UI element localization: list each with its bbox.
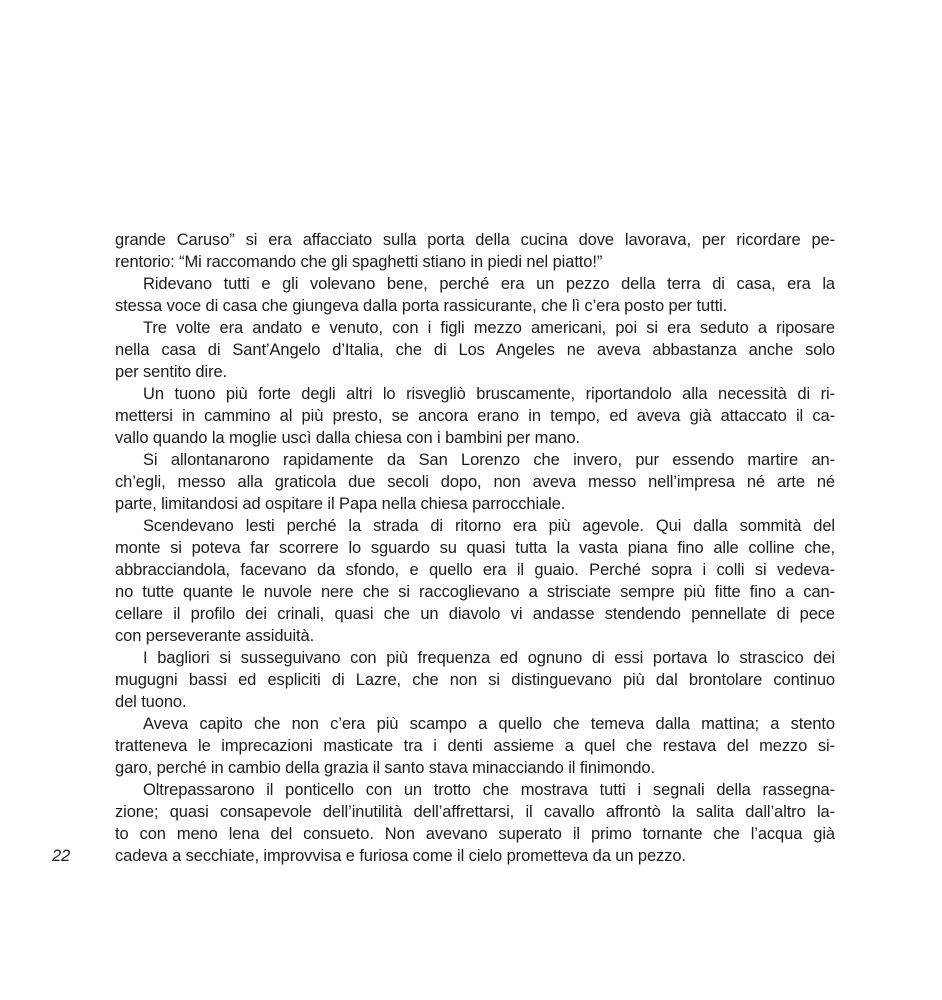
paragraph: Aveva capito che non c’era più scampo a … [115,713,835,779]
text-line: cellare il profilo dei crinali, quasi ch… [115,603,835,625]
text-line: garo, perché in cambio della grazia il s… [115,757,835,779]
text-line: Ridevano tutti e gli volevano bene, perc… [115,273,835,295]
text-line: cadeva a secchiate, improvvisa e furiosa… [115,845,835,867]
text-line: rentorio: “Mi raccomando che gli spaghet… [115,251,835,273]
paragraph: Ridevano tutti e gli volevano bene, perc… [115,273,835,317]
text-line: parte, limitandosi ad ospitare il Papa n… [115,493,835,515]
text-line: del tuono. [115,691,835,713]
text-line: stessa voce di casa che giungeva dalla p… [115,295,835,317]
text-line: ch’egli, messo alla graticola due secoli… [115,471,835,493]
body-text-block: grande Caruso” si era affacciato sulla p… [115,229,835,867]
paragraph: grande Caruso” si era affacciato sulla p… [115,229,835,273]
paragraph: I bagliori si susseguivano con più frequ… [115,647,835,713]
text-line: monte si poteva far scorrere lo sguardo … [115,537,835,559]
text-line: grande Caruso” si era affacciato sulla p… [115,229,835,251]
text-line: I bagliori si susseguivano con più frequ… [115,647,835,669]
text-line: Aveva capito che non c’era più scampo a … [115,713,835,735]
text-line: Si allontanarono rapidamente da San Lore… [115,449,835,471]
text-line: Scendevano lesti perché la strada di rit… [115,515,835,537]
paragraph: Oltrepassarono il ponticello con un trot… [115,779,835,867]
text-line: to con meno lena del consueto. Non aveva… [115,823,835,845]
text-line: Un tuono più forte degli altri lo risveg… [115,383,835,405]
text-line: no tutte quante le nuvole nere che si ra… [115,581,835,603]
book-page: 22 grande Caruso” si era affacciato sull… [0,0,942,1000]
text-line: per sentito dire. [115,361,835,383]
paragraph: Tre volte era andato e venuto, con i fig… [115,317,835,383]
text-line: zione; quasi consapevole dell’inutilità … [115,801,835,823]
text-line: con perseverante assiduità. [115,625,835,647]
text-line: mettersi in cammino al più presto, se an… [115,405,835,427]
paragraph: Scendevano lesti perché la strada di rit… [115,515,835,647]
text-line: Oltrepassarono il ponticello con un trot… [115,779,835,801]
paragraph: Si allontanarono rapidamente da San Lore… [115,449,835,515]
text-line: vallo quando la moglie uscì dalla chiesa… [115,427,835,449]
text-line: nella casa di Sant’Angelo d’Italia, che … [115,339,835,361]
text-line: tratteneva le imprecazioni masticate tra… [115,735,835,757]
page-number: 22 [52,845,70,867]
text-line: mugugni bassi ed espliciti di Lazre, che… [115,669,835,691]
paragraph: Un tuono più forte degli altri lo risveg… [115,383,835,449]
text-line: Tre volte era andato e venuto, con i fig… [115,317,835,339]
text-line: abbracciandola, facevano da sfondo, e qu… [115,559,835,581]
